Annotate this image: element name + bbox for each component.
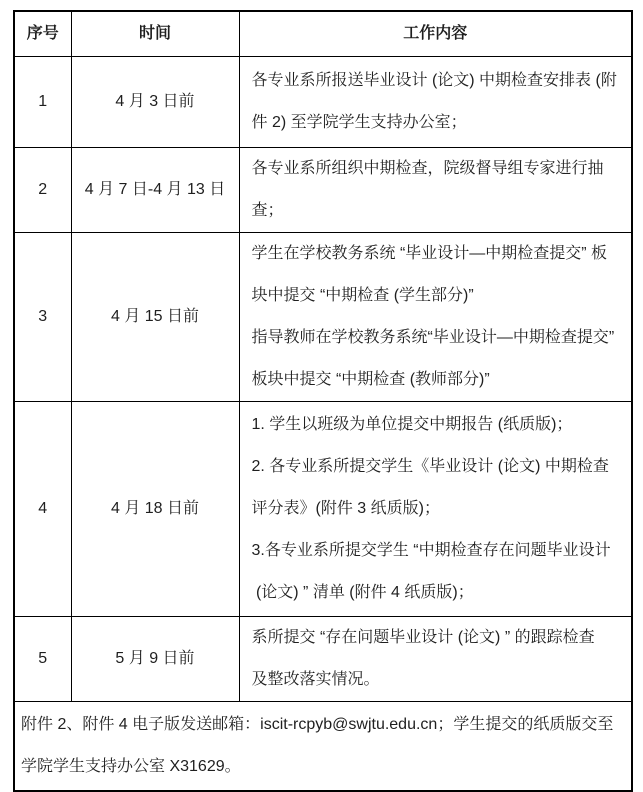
header-row: 序号 时间 工作内容 — [14, 11, 632, 57]
header-time: 时间 — [71, 11, 239, 57]
footer-row: 附件 2、附件 4 电子版发送邮箱：iscit-rcpyb@swjtu.edu.… — [14, 702, 632, 792]
header-content: 工作内容 — [239, 11, 632, 57]
row-time: 5 月 9 日前 — [71, 617, 239, 702]
row-time: 4 月 3 日前 — [71, 57, 239, 148]
row-content: 1. 学生以班级为单位提交中期报告 (纸质版)； 2. 各专业系所提交学生《毕业… — [239, 402, 632, 617]
row-content: 学生在学校教务系统 “毕业设计—中期检查提交” 板 块中提交 “中期检查 (学生… — [239, 233, 632, 402]
table-row: 3 4 月 15 日前 学生在学校教务系统 “毕业设计—中期检查提交” 板 块中… — [14, 233, 632, 402]
footer-note: 附件 2、附件 4 电子版发送邮箱：iscit-rcpyb@swjtu.edu.… — [14, 702, 632, 792]
row-content: 系所提交 “存在问题毕业设计 (论文) ” 的跟踪检查 及整改落实情况。 — [239, 617, 632, 702]
row-content: 各专业系所报送毕业设计 (论文) 中期检查安排表 (附 件 2) 至学院学生支持… — [239, 57, 632, 148]
table-row: 1 4 月 3 日前 各专业系所报送毕业设计 (论文) 中期检查安排表 (附 件… — [14, 57, 632, 148]
row-number: 2 — [14, 148, 71, 233]
row-time: 4 月 7 日-4 月 13 日 — [71, 148, 239, 233]
table-row: 2 4 月 7 日-4 月 13 日 各专业系所组织中期检查，院级督导组专家进行… — [14, 148, 632, 233]
header-no: 序号 — [14, 11, 71, 57]
document-page: 序号 时间 工作内容 1 4 月 3 日前 各专业系所报送毕业设计 (论文) 中… — [0, 0, 643, 758]
table-row: 5 5 月 9 日前 系所提交 “存在问题毕业设计 (论文) ” 的跟踪检查 及… — [14, 617, 632, 702]
row-number: 5 — [14, 617, 71, 702]
table-row: 4 4 月 18 日前 1. 学生以班级为单位提交中期报告 (纸质版)； 2. … — [14, 402, 632, 617]
row-content: 各专业系所组织中期检查，院级督导组专家进行抽查； — [239, 148, 632, 233]
schedule-table: 序号 时间 工作内容 1 4 月 3 日前 各专业系所报送毕业设计 (论文) 中… — [13, 10, 633, 792]
row-number: 4 — [14, 402, 71, 617]
row-time: 4 月 15 日前 — [71, 233, 239, 402]
row-time: 4 月 18 日前 — [71, 402, 239, 617]
row-number: 1 — [14, 57, 71, 148]
row-number: 3 — [14, 233, 71, 402]
